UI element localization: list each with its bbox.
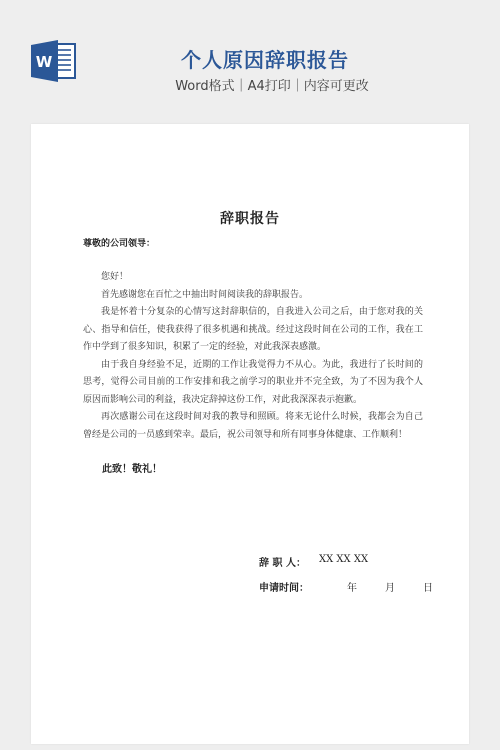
resigner-label: 辞 职 人： — [259, 554, 319, 569]
page-title: 个人原因辞职报告 — [0, 44, 500, 73]
salutation: 尊敬的公司领导： — [83, 236, 155, 249]
greeting: 您好！ — [83, 269, 423, 287]
document-title: 辞职报告 — [31, 208, 469, 228]
page-subtitle: Word格式｜A4打印｜内容可更改 — [0, 75, 500, 94]
letter-body: 您好！ 首先感谢您在百忙之中抽出时间阅读我的辞职报告。 我是怀着十分复杂的心情写… — [83, 269, 423, 444]
signature-resigner: 辞 职 人： XX XX XX — [259, 554, 368, 569]
date-label: 申请时间： — [259, 579, 319, 594]
signature-date: 申请时间： 年 月 日 — [259, 579, 433, 594]
closing: 此致！敬礼！ — [102, 460, 162, 475]
paragraph: 首先感谢您在百忙之中抽出时间阅读我的辞职报告。 — [83, 287, 423, 305]
date-month: 月 — [357, 579, 395, 594]
resigner-value: XX XX XX — [319, 554, 368, 569]
date-year: 年 — [319, 579, 357, 594]
document-body: 辞职报告 尊敬的公司领导： 您好！ 首先感谢您在百忙之中抽出时间阅读我的辞职报告… — [31, 124, 469, 744]
date-day: 日 — [395, 579, 433, 594]
paragraph: 由于我自身经验不足，近期的工作让我觉得力不从心。为此，我进行了长时间的思考，觉得… — [83, 357, 423, 410]
paragraph: 再次感谢公司在这段时间对我的教导和照顾。将来无论什么时候，我都会为自己曾经是公司… — [83, 409, 423, 444]
paragraph: 我是怀着十分复杂的心情写这封辞职信的，自我进入公司之后，由于您对我的关心、指导和… — [83, 304, 423, 357]
document-page: 辞职报告 尊敬的公司领导： 您好！ 首先感谢您在百忙之中抽出时间阅读我的辞职报告… — [31, 124, 469, 744]
header-banner: W 个人原因辞职报告 Word格式｜A4打印｜内容可更改 — [0, 0, 500, 110]
